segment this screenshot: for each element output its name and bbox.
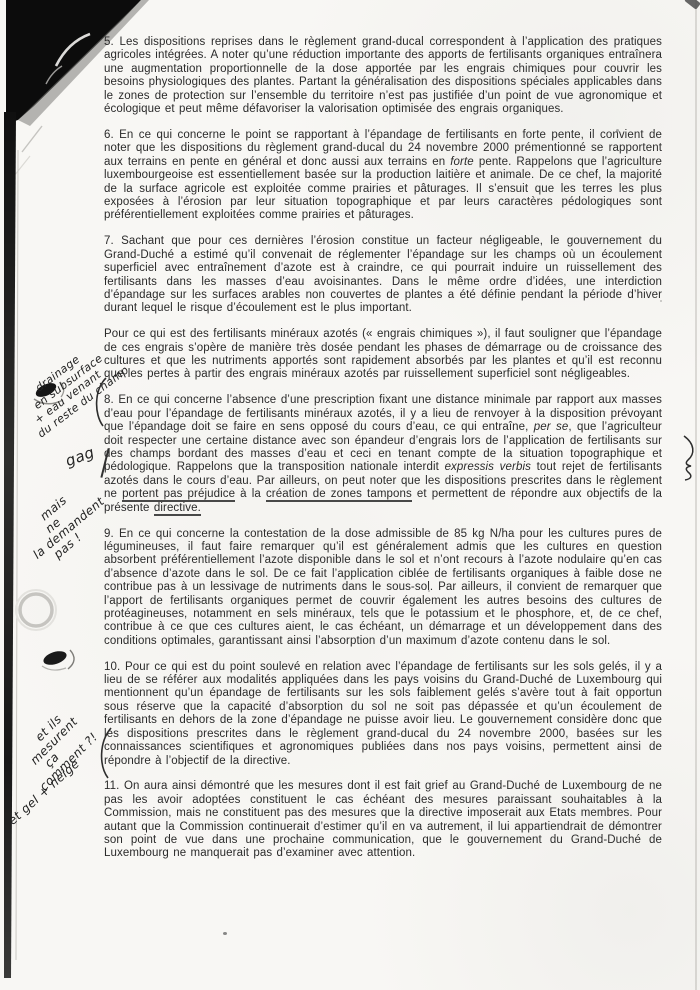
handwritten-bracket-left-upper <box>90 376 112 428</box>
speck <box>660 300 662 302</box>
paragraph-8: 8. En ce qui concerne l’absence d’une pr… <box>104 394 662 515</box>
paragraph-10: 10. Pour ce qui est du point soulevé en … <box>104 661 662 768</box>
scanned-page: 5. Les dispositions reprises dans le règ… <box>0 0 700 990</box>
paragraph-mineraux: Pour ce qui est des fertilisants minérau… <box>104 328 662 382</box>
paragraph-6: 6. En ce qui concerne le point se rappor… <box>104 129 662 223</box>
handwritten-bracket-left-lower <box>96 726 116 780</box>
document-text: 5. Les dispositions reprises dans le règ… <box>104 36 662 873</box>
corner-smudge <box>684 0 700 10</box>
page-right-edge <box>695 0 697 990</box>
ink-blob-lower <box>42 649 69 668</box>
handwritten-brace-right <box>681 434 700 482</box>
paragraph-11: 11. On aura ainsi démontré que les mesur… <box>104 780 662 860</box>
paragraph-9: 9. En ce qui concerne la contestation de… <box>104 528 662 649</box>
hole-punch-ring <box>20 594 52 626</box>
binder-edge-artifact <box>4 112 16 978</box>
speck <box>428 590 430 592</box>
speck <box>616 129 619 132</box>
paragraph-7: 7. Sachant que pour ces dernières l’éros… <box>104 235 662 315</box>
paragraph-5: 5. Les dispositions reprises dans le règ… <box>104 36 662 116</box>
speck <box>223 932 227 935</box>
